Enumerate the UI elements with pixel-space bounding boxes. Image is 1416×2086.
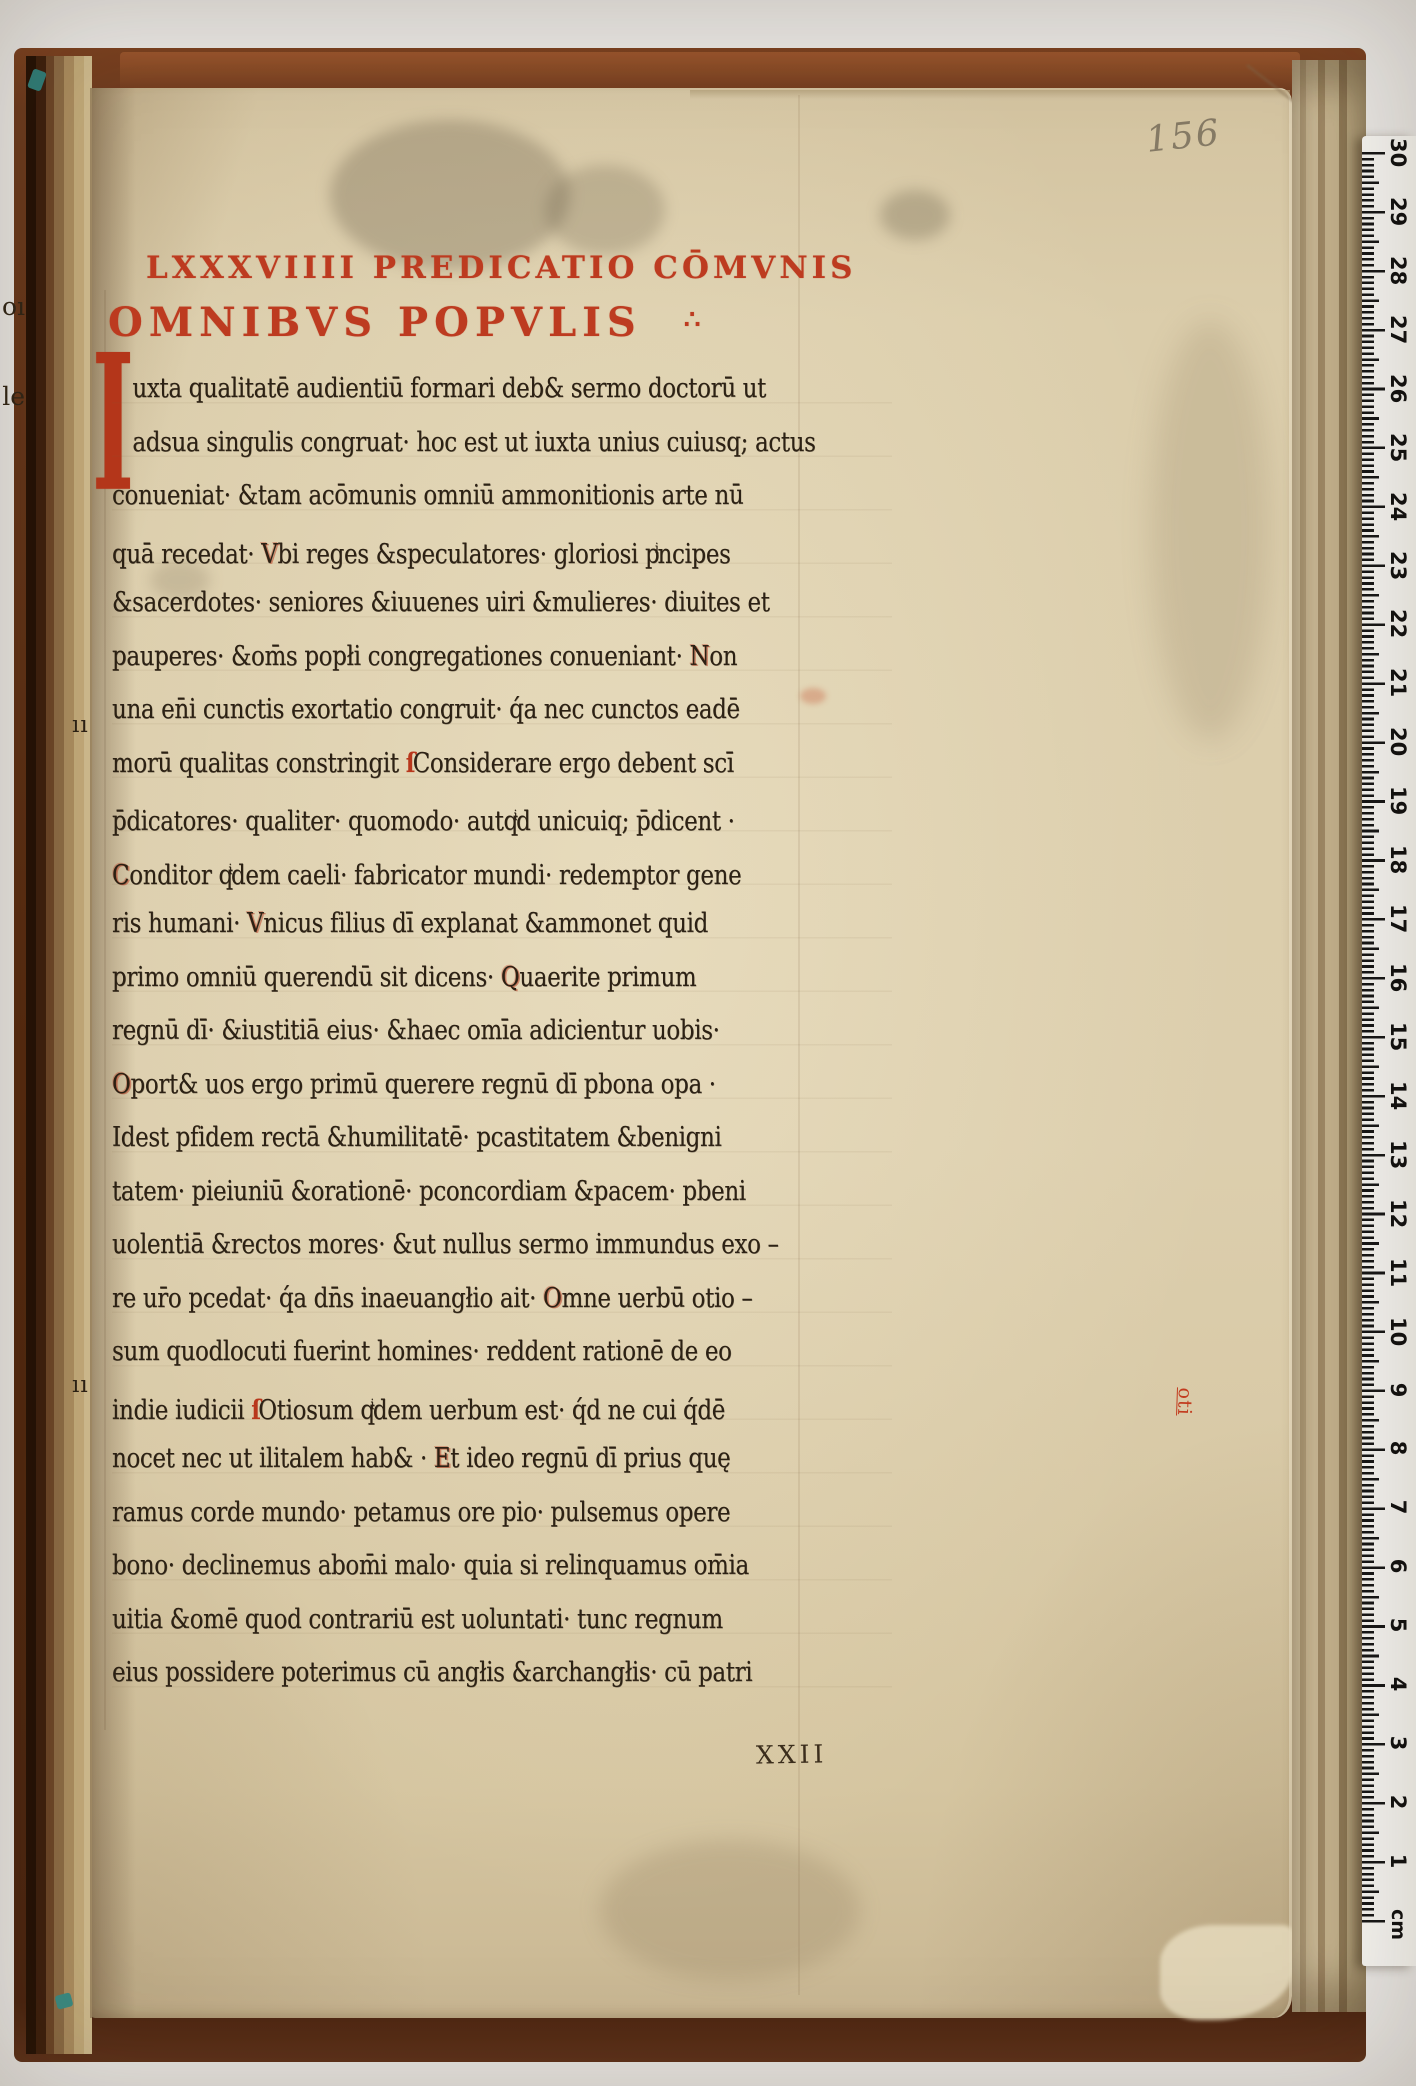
- manuscript-photograph: oı le 156 LXXXVIIII PREDICATIO CŌMVNIS O…: [0, 0, 1416, 2086]
- ruler-number: 29: [1385, 197, 1411, 225]
- fore-edge-pages: [1292, 60, 1366, 2012]
- ruling-line-right: [798, 95, 800, 1995]
- ruler-number: 22: [1385, 609, 1411, 637]
- ruler-number: 10: [1385, 1317, 1411, 1345]
- ruler-number: 20: [1385, 727, 1411, 755]
- stain: [150, 560, 210, 600]
- ruler-number: 21: [1385, 668, 1411, 696]
- gutter-page-edges: [26, 56, 92, 2054]
- stain: [1150, 320, 1270, 740]
- ruler-number: 5: [1385, 1611, 1411, 1639]
- ruler-cm-ticks: [1362, 152, 1385, 1923]
- ruler-number: 2: [1385, 1788, 1411, 1816]
- ruler-number: 28: [1385, 256, 1411, 284]
- ruler-number: 13: [1385, 1140, 1411, 1168]
- ruler-number: 14: [1385, 1081, 1411, 1109]
- ruler-number: 8: [1385, 1434, 1411, 1462]
- ruler-number: 19: [1385, 786, 1411, 814]
- facing-text-fragment: oı: [2, 292, 25, 321]
- ruler-number: 12: [1385, 1199, 1411, 1227]
- red-smudge: [800, 688, 826, 704]
- ruler-number: 1: [1385, 1847, 1411, 1875]
- stain: [600, 1840, 860, 1980]
- ruler-number: 30: [1385, 138, 1411, 166]
- facing-text-fragment: le: [2, 382, 25, 411]
- ruler-number: 17: [1385, 904, 1411, 932]
- ruler-number: 7: [1385, 1493, 1411, 1521]
- under-leaf-edge: [690, 90, 1290, 99]
- stain: [330, 120, 570, 270]
- ruler-number: 26: [1385, 374, 1411, 402]
- stain: [880, 190, 950, 240]
- ruling-line-left: [104, 290, 106, 1730]
- ruler-unit-label: cm: [1385, 1909, 1411, 1937]
- ruler-number: 9: [1385, 1376, 1411, 1404]
- ruler: 3029282726252423222120191817161514131211…: [1362, 136, 1416, 1966]
- ruler-number: 4: [1385, 1670, 1411, 1698]
- ruler-number: 23: [1385, 551, 1411, 579]
- ruler-number: 11: [1385, 1258, 1411, 1286]
- ruler-number: 16: [1385, 963, 1411, 991]
- facing-page-sliver: oı le: [0, 56, 26, 2052]
- cover-highlight: [120, 52, 1300, 92]
- ruler-number: 3: [1385, 1729, 1411, 1757]
- ruler-number: 25: [1385, 433, 1411, 461]
- ruler-number: 6: [1385, 1552, 1411, 1580]
- ruler-number: 15: [1385, 1022, 1411, 1050]
- ruler-number: 18: [1385, 845, 1411, 873]
- stain: [545, 165, 665, 255]
- parchment-page: [90, 88, 1292, 2018]
- ruler-number: 27: [1385, 315, 1411, 343]
- ruler-number: 24: [1385, 492, 1411, 520]
